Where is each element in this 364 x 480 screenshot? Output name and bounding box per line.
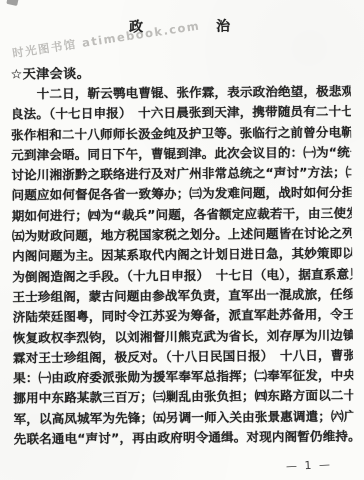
body-line: 恢复政权李烈钧，以刘湘督川熊克武为省长，刘存厚为川边镇守使，张作 — [13, 325, 353, 348]
body-line: 挪用中东路某款三百万；㈢剿乱由张负担；㈣东路方面以二十八师为主 — [13, 386, 353, 409]
body-line: 先联名通电“声讨”，再由政府明令通缉。对现内阁暂仍维持。（二十 — [14, 427, 354, 450]
body-line: 良法。（十七日申报） 十六日晨张到天津，携带随员有二十七师师长 — [11, 102, 351, 125]
page-number: — 1 — — [286, 458, 333, 473]
body-line: 张作相和二十八师师长汲金纯及护卫等。张临行之前曾分电靳、曹及王占 — [11, 122, 351, 145]
scanned-document-page: 政 治 时光图书馆 atimebook.com ☆天津会谈。 十二日，靳云鹗电曹… — [0, 0, 364, 480]
body-line: 济陆荣廷图粤，同时令江苏妥为筹备，派直军赴苏备用，令王占元助赵 — [13, 305, 353, 328]
chapter-title-char-right: 治 — [216, 16, 231, 36]
body-text: 十二日，靳云鹗电曹锟、张作霖，表示政治绝望，极悲观，希指示 良法。（十七日申报）… — [11, 82, 354, 450]
section-heading: ☆天津会谈。 — [10, 63, 90, 83]
body-line: 内阁问题为主。因某系取代内阁之计划日进日急，其妙策即以把持财源 — [12, 244, 352, 267]
body-line: 问题应如何督促各省一致筹办；㈢为发难问题，战时如何分担兵力，和 — [12, 183, 352, 206]
